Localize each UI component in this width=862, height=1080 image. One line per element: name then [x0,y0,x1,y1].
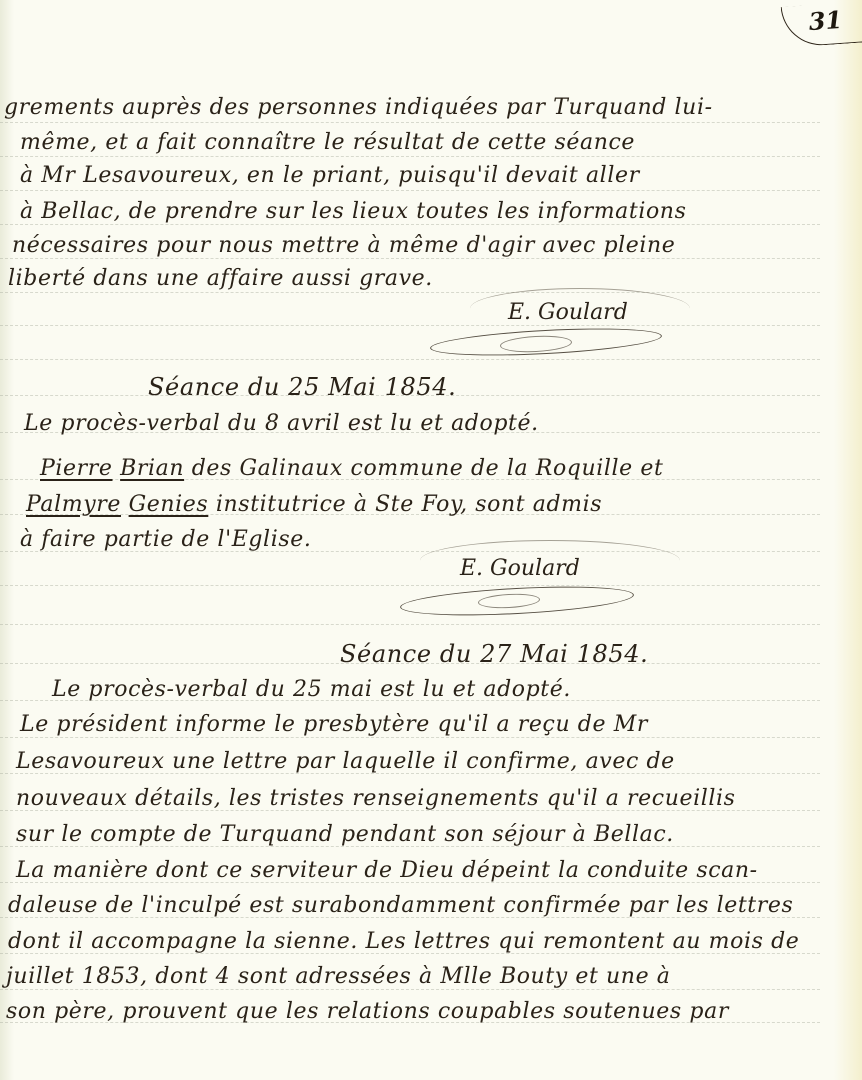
text-line: Lesavoureux une lettre par laquelle il c… [16,749,675,774]
text-line: Pierre Brian des Galinaux commune de la … [40,456,663,481]
text-line: Le procès-verbal du 8 avril est lu et ad… [24,411,539,436]
text-line: même, et a fait connaître le résultat de… [20,130,635,155]
text-line: grements auprès des personnes indiquées … [4,95,713,120]
member-details: institutrice à Ste Foy, sont admis [216,492,602,517]
ruled-line [0,585,820,586]
text-line: dont il accompagne la sienne. Les lettre… [8,929,799,954]
session-heading: Séance du 25 Mai 1854. [148,373,456,401]
text-line: nouveaux détails, les tristes renseignem… [16,786,736,811]
page-number: 31 [808,5,843,36]
text-line: liberté dans une affaire aussi grave. [8,266,433,291]
ruled-line [0,359,820,360]
manuscript-page: 31 grements auprès des personnes indiqué… [0,0,862,1080]
ruled-line [0,292,820,293]
text-line: à faire partie de l'Eglise. [20,527,311,552]
text-line: à Mr Lesavoureux, en le priant, puisqu'i… [20,163,640,188]
ruled-line [0,156,820,157]
ruled-line [0,737,820,738]
ruled-line [0,989,820,990]
ruled-line [0,624,820,625]
signature: E. Goulard [460,556,580,581]
text-line: juillet 1853, dont 4 sont adressées à Ml… [6,964,671,989]
ruled-line [0,258,820,259]
text-line: La manière dont ce serviteur de Dieu dép… [16,858,758,883]
ruled-line [0,325,820,326]
text-line: Palmyre Genies institutrice à Ste Foy, s… [26,492,602,517]
page-number-mark: 31 [781,1,862,48]
member-details: des Galinaux commune de la Roquille et [192,456,664,481]
text-line: nécessaires pour nous mettre à même d'ag… [12,233,675,258]
member-name: Palmyre [26,492,121,517]
ruled-line [0,224,820,225]
text-line: sur le compte de Turquand pendant son sé… [16,822,674,847]
text-line: daleuse de l'inculpé est surabondamment … [8,893,793,918]
ruled-line [0,190,820,191]
member-name: Brian [120,456,184,481]
text-line: Le président informe le presbytère qu'il… [20,712,648,737]
member-name: Genies [129,492,209,517]
text-line: Le procès-verbal du 25 mai est lu et ado… [52,677,571,702]
ruled-line [0,122,820,123]
text-line: à Bellac, de prendre sur les lieux toute… [20,199,686,224]
text-line: son père, prouvent que les relations cou… [6,999,729,1024]
signature: E. Goulard [508,300,628,325]
member-name: Pierre [40,456,113,481]
session-heading: Séance du 27 Mai 1854. [340,640,648,668]
